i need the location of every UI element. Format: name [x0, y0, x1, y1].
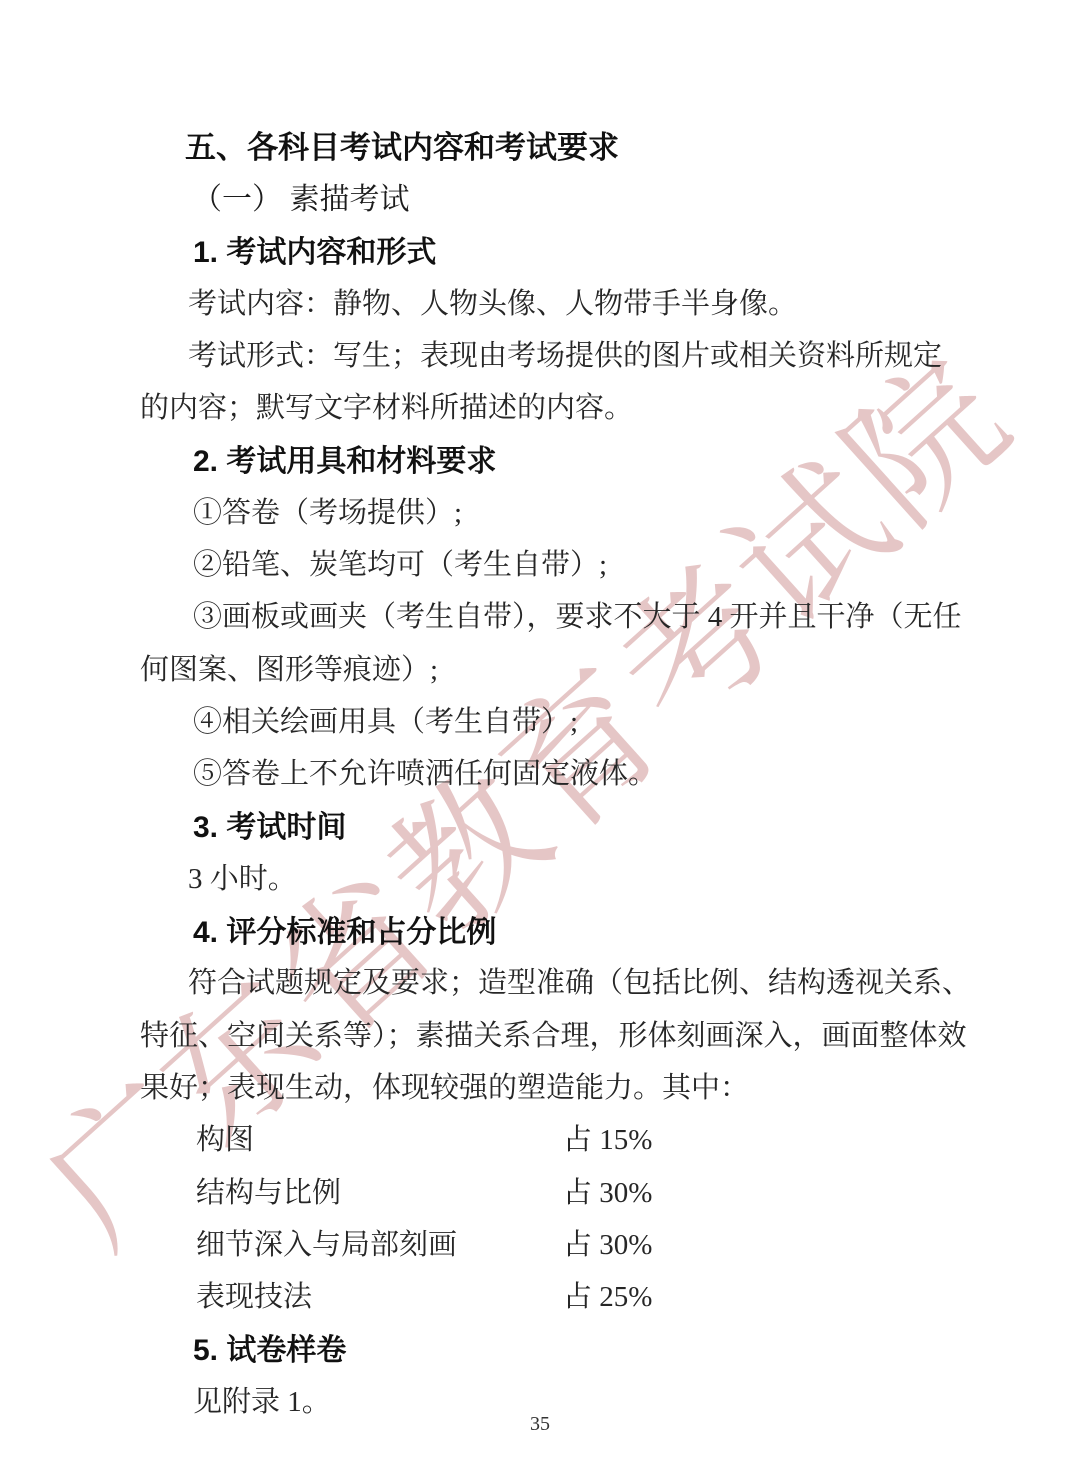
document-page: 广东省教育考试院 五、各科目考试内容和考试要求 （一） 素描考试 1. 考试内容… — [0, 0, 1080, 1482]
score-value: 占 25% — [563, 1274, 652, 1315]
document-content: 五、各科目考试内容和考试要求 （一） 素描考试 1. 考试内容和形式 考试内容：… — [0, 0, 1080, 1425]
paragraph-exam-content: 考试内容：静物、人物头像、人物带手半身像。 — [188, 275, 1000, 327]
heading-3-exam-time: 3. 考试时间 — [193, 798, 1000, 850]
paragraph-criteria-line-2: 特征、空间关系等）；素描关系合理，形体刻画深入，画面整体效 — [140, 1007, 1000, 1059]
score-value: 占 15% — [563, 1117, 652, 1158]
score-row-technique: 表现技法 占 25% — [140, 1269, 1000, 1321]
subsection-title: （一） 素描考试 — [192, 170, 1000, 222]
page-number: 35 — [0, 1413, 1080, 1436]
list-item-3-drawing-board-line-2: 何图案、图形等痕迹）; — [140, 641, 1000, 693]
list-item-3-drawing-board-line-1: ③画板或画夹（考生自带），要求不大于 4 开并且干净（无任 — [193, 589, 1000, 641]
paragraph-exam-duration: 3 小时。 — [188, 850, 1000, 902]
paragraph-criteria-line-1: 符合试题规定及要求；造型准确（包括比例、结构透视关系、 — [188, 955, 1000, 1007]
score-row-composition: 构图 占 15% — [140, 1112, 1000, 1164]
score-label: 表现技法 — [196, 1274, 312, 1315]
heading-2-tools-materials: 2. 考试用具和材料要求 — [193, 432, 1000, 484]
score-row-detail-depiction: 细节深入与局部刻画 占 30% — [140, 1216, 1000, 1268]
list-item-5-no-fixative: ⑤答卷上不允许喷洒任何固定液体。 — [193, 746, 1000, 798]
score-row-structure-proportion: 结构与比例 占 30% — [140, 1164, 1000, 1216]
score-value: 占 30% — [563, 1170, 652, 1211]
list-item-4-painting-tools: ④相关绘画用具（考生自带）; — [193, 693, 1000, 745]
paragraph-exam-form-line-2: 的内容；默写文字材料所描述的内容。 — [140, 379, 1000, 431]
paragraph-exam-form-line-1: 考试形式：写生；表现由考场提供的图片或相关资料所规定 — [188, 327, 1000, 379]
score-label: 结构与比例 — [196, 1170, 341, 1211]
section-title: 五、各科目考试内容和考试要求 — [185, 118, 1000, 170]
heading-4-scoring-criteria: 4. 评分标准和占分比例 — [193, 902, 1000, 954]
paragraph-criteria-line-3: 果好；表现生动，体现较强的塑造能力。其中： — [140, 1059, 1000, 1111]
heading-5-sample-paper: 5. 试卷样卷 — [193, 1321, 1000, 1373]
score-value: 占 30% — [563, 1222, 652, 1263]
heading-1-content-form: 1. 考试内容和形式 — [193, 223, 1000, 275]
list-item-2-pencils: ②铅笔、炭笔均可（考生自带）; — [193, 536, 1000, 588]
score-label: 细节深入与局部刻画 — [196, 1222, 457, 1263]
score-label: 构图 — [196, 1117, 254, 1158]
list-item-1-answer-sheet: ①答卷（考场提供）; — [193, 484, 1000, 536]
